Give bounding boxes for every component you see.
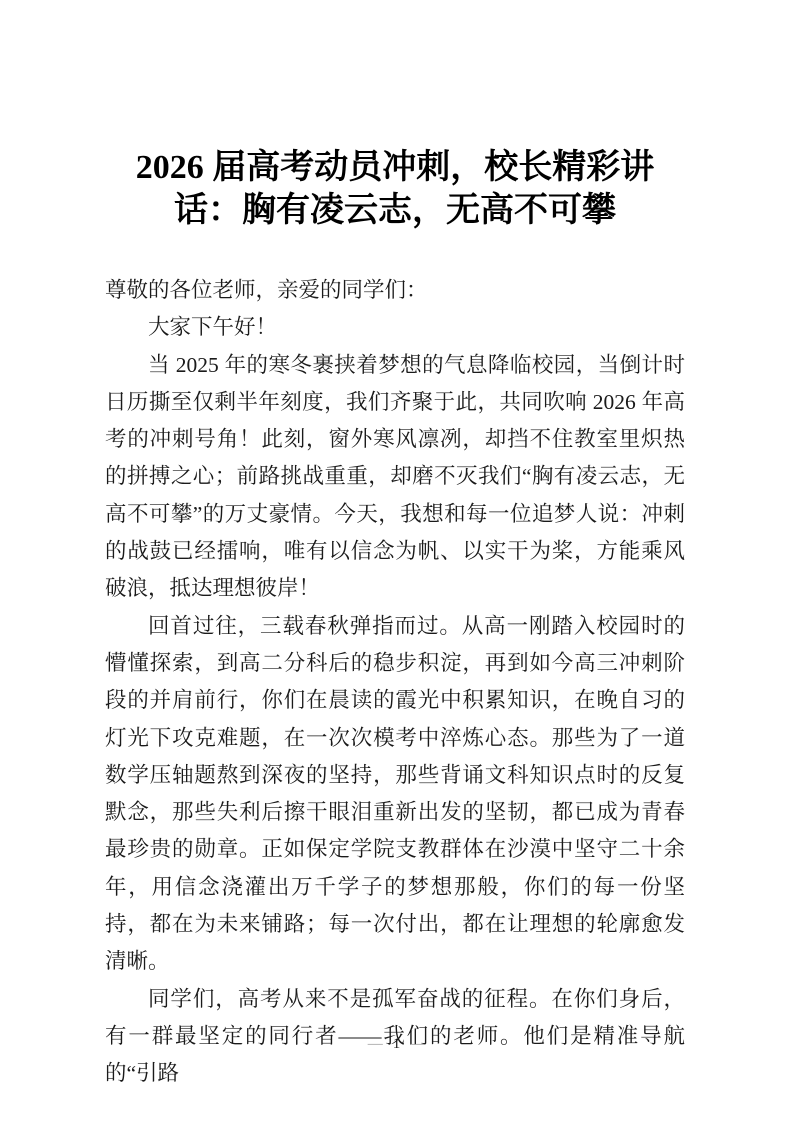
paragraph: 大家下午好！ [105,309,685,346]
document-page: 2026 届高考动员冲刺，校长精彩讲话：胸有凌云志，无高不可攀 尊敬的各位老师，… [0,0,793,1122]
page-content: 2026 届高考动员冲刺，校长精彩讲话：胸有凌云志，无高不可攀 尊敬的各位老师，… [105,146,685,1093]
speech-body: 尊敬的各位老师，亲爱的同学们：大家下午好！当 2025 年的寒冬裹挟着梦想的气息… [105,272,685,1093]
page-number: 1 [393,1033,401,1055]
paragraph: 当 2025 年的寒冬裹挟着梦想的气息降临校园，当倒计时日历撕至仅剩半年刻度，我… [105,347,685,608]
footer-dash-right: — [410,1036,425,1052]
page-footer: —1— [0,1033,793,1055]
footer-dash-left: — [368,1036,383,1052]
document-title: 2026 届高考动员冲刺，校长精彩讲话：胸有凌云志，无高不可攀 [105,146,685,232]
paragraph: 回首过往，三载春秋弹指而过。从高一刚踏入校园时的懵懂探索，到高二分科后的稳步积淀… [105,608,685,981]
paragraph: 尊敬的各位老师，亲爱的同学们： [105,272,685,309]
